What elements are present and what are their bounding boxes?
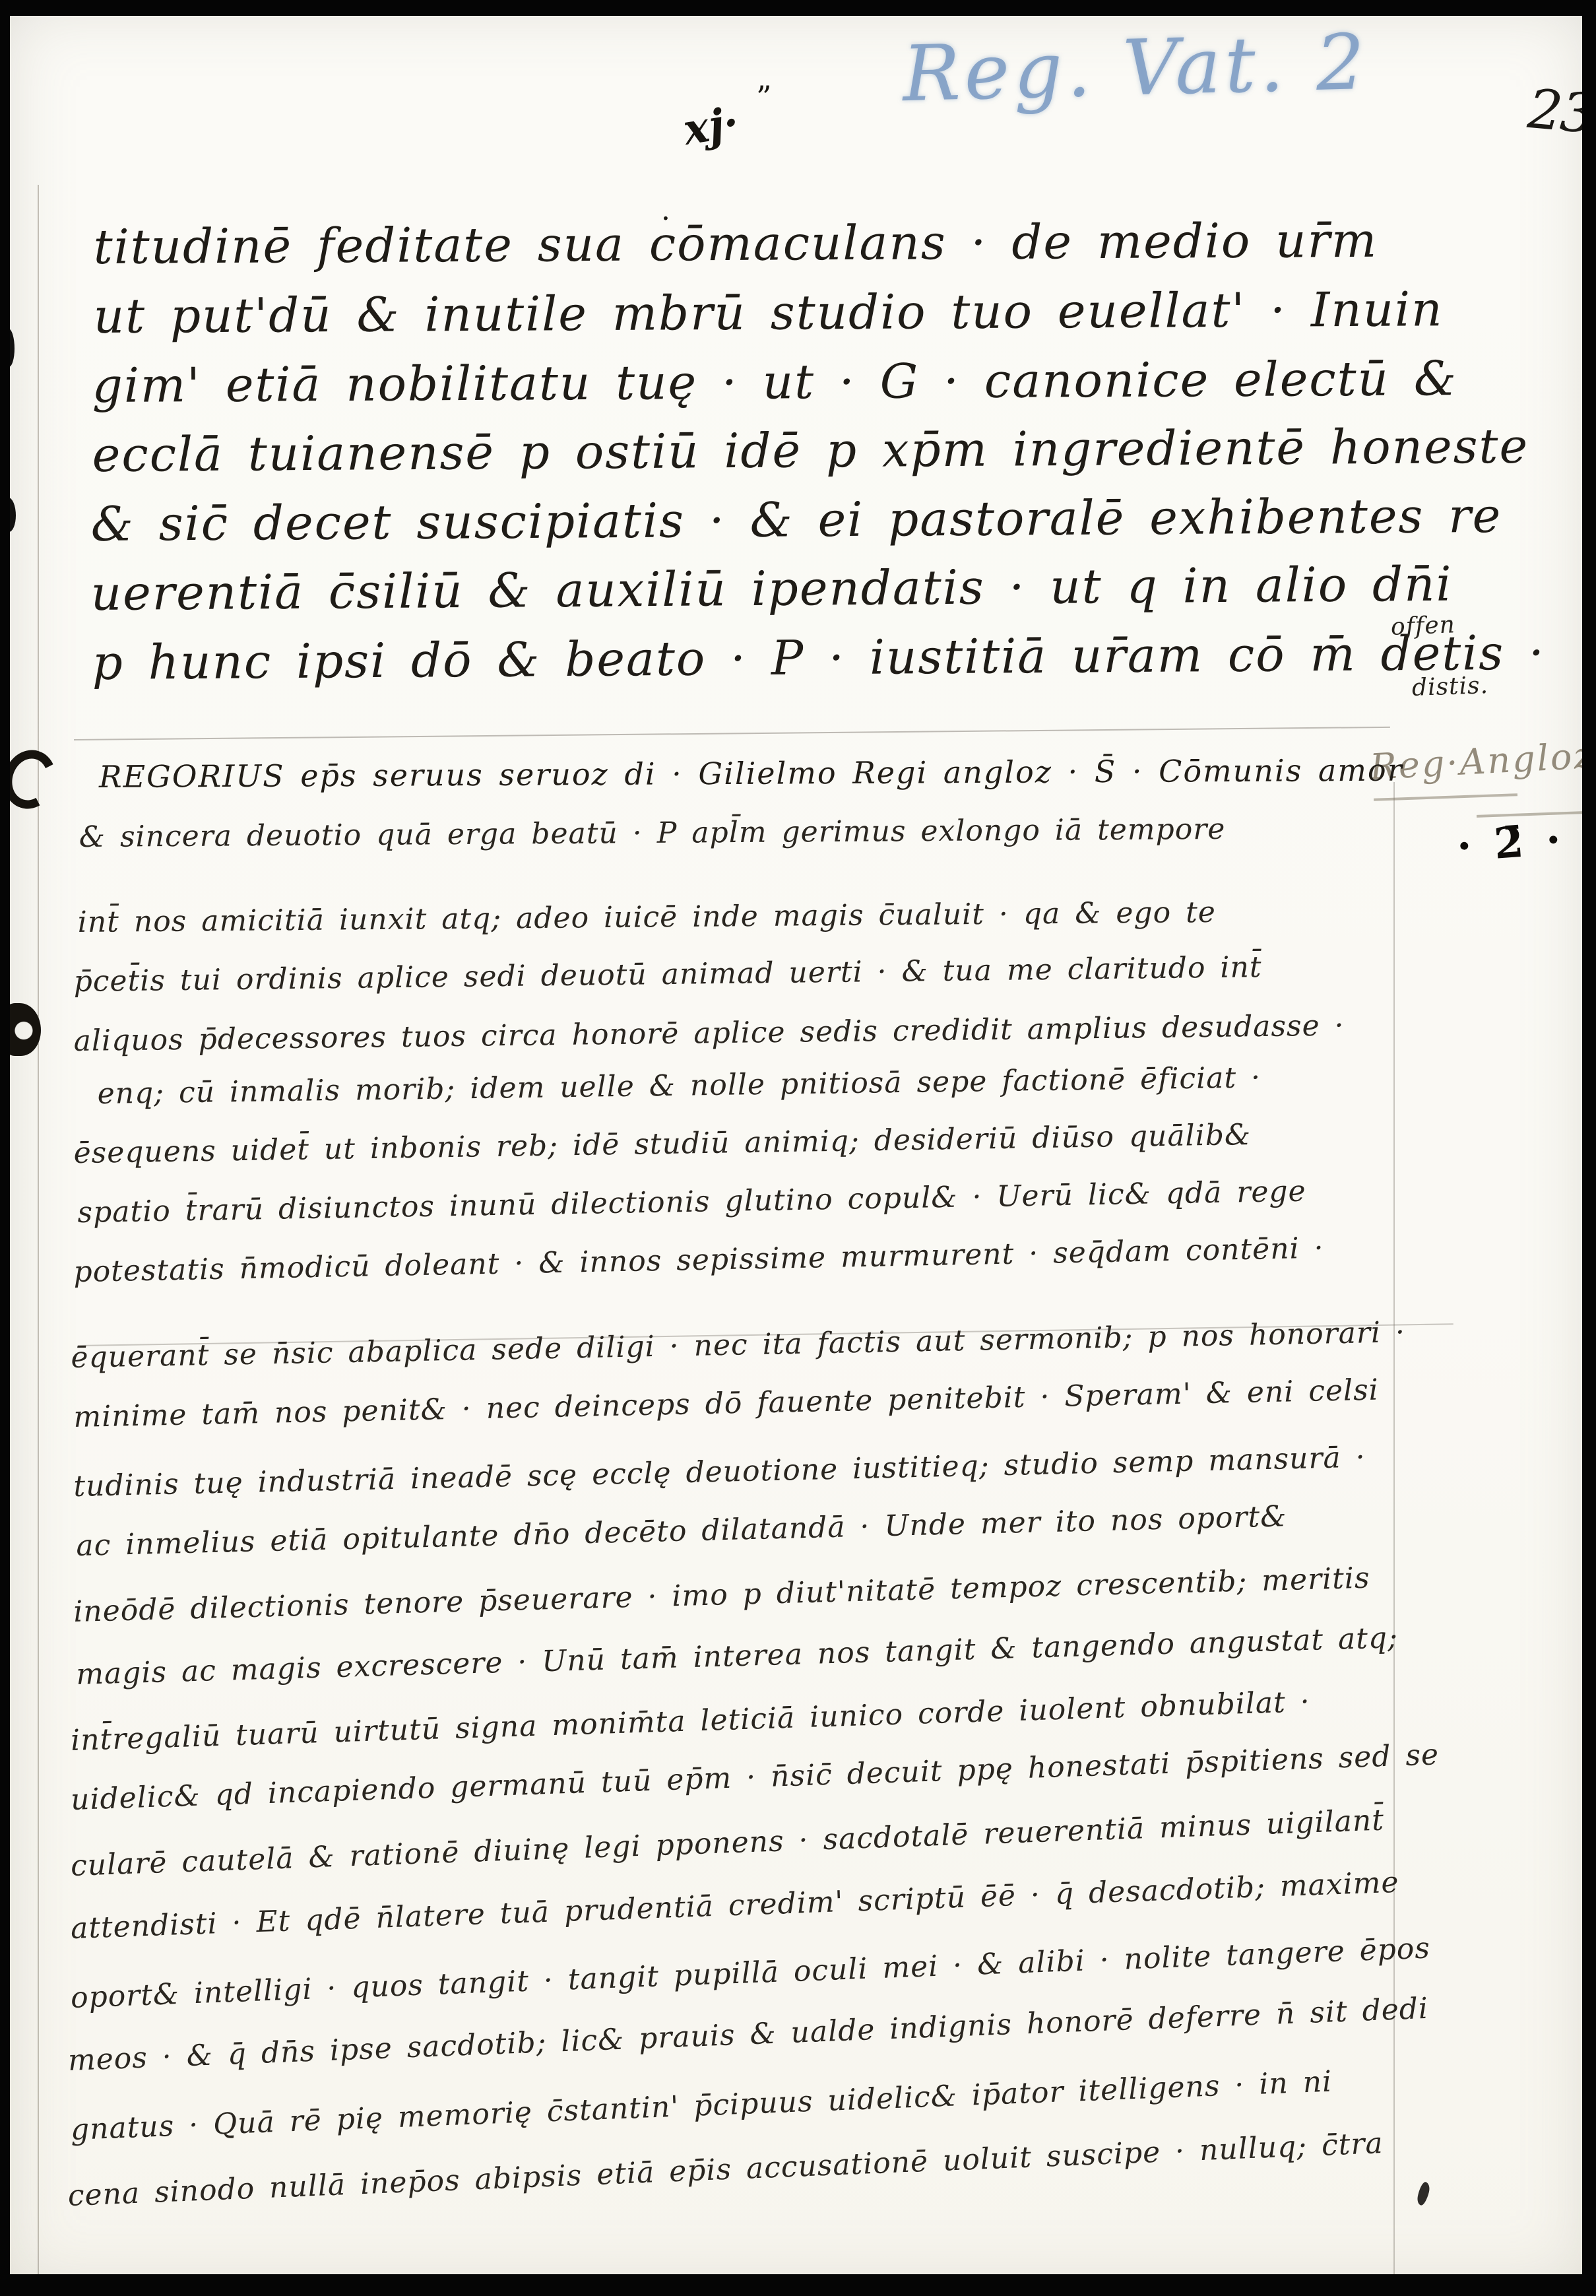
manuscript-line: p hunc ipsi dō & beato · P · iustitiā ur… xyxy=(92,625,1545,690)
manuscript-line: & sic̄ decet suscipiatis · & ei pastoral… xyxy=(90,488,1502,552)
manuscript-line: gim' etiā nobilitatu tuę · ut · G · cano… xyxy=(92,350,1458,413)
scan-border-right xyxy=(1582,0,1596,2296)
scan-border-bottom xyxy=(0,2274,1596,2296)
ink-blot xyxy=(1416,2181,1431,2207)
manuscript-line: minime tam̄ nos penit& · nec deinceps dō… xyxy=(73,1373,1379,1434)
margin-ruling-line xyxy=(38,185,39,2274)
manuscript-line: ineōdē dilectionis tenore p̄seuerare · i… xyxy=(73,1561,1370,1629)
manuscript-line: potestatis n̄modicū doleant · & innos se… xyxy=(73,1231,1324,1289)
manuscript-line: ēquerant̄ se n̄sic abaplica sede diligi … xyxy=(71,1315,1405,1375)
manuscript-line: enq; cū inmalis morib; idem uelle & noll… xyxy=(97,1061,1261,1111)
manuscript-line: int̄regaliū tuarū uirtutū signa monim̄ta… xyxy=(70,1685,1310,1757)
manuscript-line: REGORIUS ep̄s seruus seruoz di · Gilielm… xyxy=(99,752,1403,795)
manuscript-line: cularē cautelā & rationē diuinę legi ppo… xyxy=(70,1804,1385,1883)
manuscript-line: ac inmelius etiā opitulante dn̄o decēto … xyxy=(76,1499,1287,1563)
manuscript-line: uerentiā c̄siliū & auxiliū ipendatis · u… xyxy=(90,556,1452,621)
vertical-fold-crease xyxy=(1393,782,1395,2274)
manuscript-line: ut put'dū & inutile mbrū studio tuo euel… xyxy=(94,281,1444,344)
manuscript-line: magis ac magis excrescere · Unū tam̄ int… xyxy=(76,1621,1399,1691)
manuscript-line: & sincera deuotio quā erga beatū · P apl… xyxy=(79,812,1226,854)
manuscript-line: titudinē feditate sua cōmaculans · de me… xyxy=(94,213,1378,275)
manuscript-line: ēsequens uidet̄ ut inbonis reb; idē stud… xyxy=(73,1118,1251,1170)
quire-numeral: xj· xyxy=(680,98,742,155)
manuscript-line: int̄ nos amicitiā iunxit atq; adeo iuicē… xyxy=(78,896,1216,939)
marginal-addition-bottom: distis. xyxy=(1411,672,1488,702)
manuscript-line: aliquos p̄decessores tuos circa honorē a… xyxy=(73,1008,1345,1058)
marginal-addition-top: offen xyxy=(1390,611,1455,640)
margin-letter-number: · 2̄ · xyxy=(1455,814,1566,871)
section-divider-crease xyxy=(74,727,1390,740)
manuscript-line: tudinis tuę industriā ineadē scę ecclę d… xyxy=(73,1441,1366,1503)
register-note-underline xyxy=(1374,793,1517,801)
manuscript-line: attendisti · Et qdē n̄latere tuā prudent… xyxy=(70,1866,1399,1946)
quire-numeral-ticks: ” xyxy=(756,79,772,115)
manuscript-line: ecclā tuianensē p ostiū idē p xp̄m ingre… xyxy=(92,418,1529,482)
manuscript-scan: Reg. Vat. 2 23 xj· ” · titudinē feditate… xyxy=(0,0,1596,2296)
manuscript-line: spatio t̄rarū disiunctos inunū dilection… xyxy=(77,1175,1306,1230)
scan-border-left xyxy=(0,0,10,2296)
archival-note-blue: Reg. Vat. 2 xyxy=(901,18,1370,119)
scan-border-top xyxy=(0,0,1596,16)
manuscript-page: Reg. Vat. 2 23 xj· ” · titudinē feditate… xyxy=(0,0,1596,2296)
manuscript-line: gnatus · Quā rē pię memorię c̄stantin' p… xyxy=(70,2065,1333,2147)
manuscript-line: p̄cet̄is tui ordinis aplice sedi deuotū … xyxy=(73,950,1261,999)
